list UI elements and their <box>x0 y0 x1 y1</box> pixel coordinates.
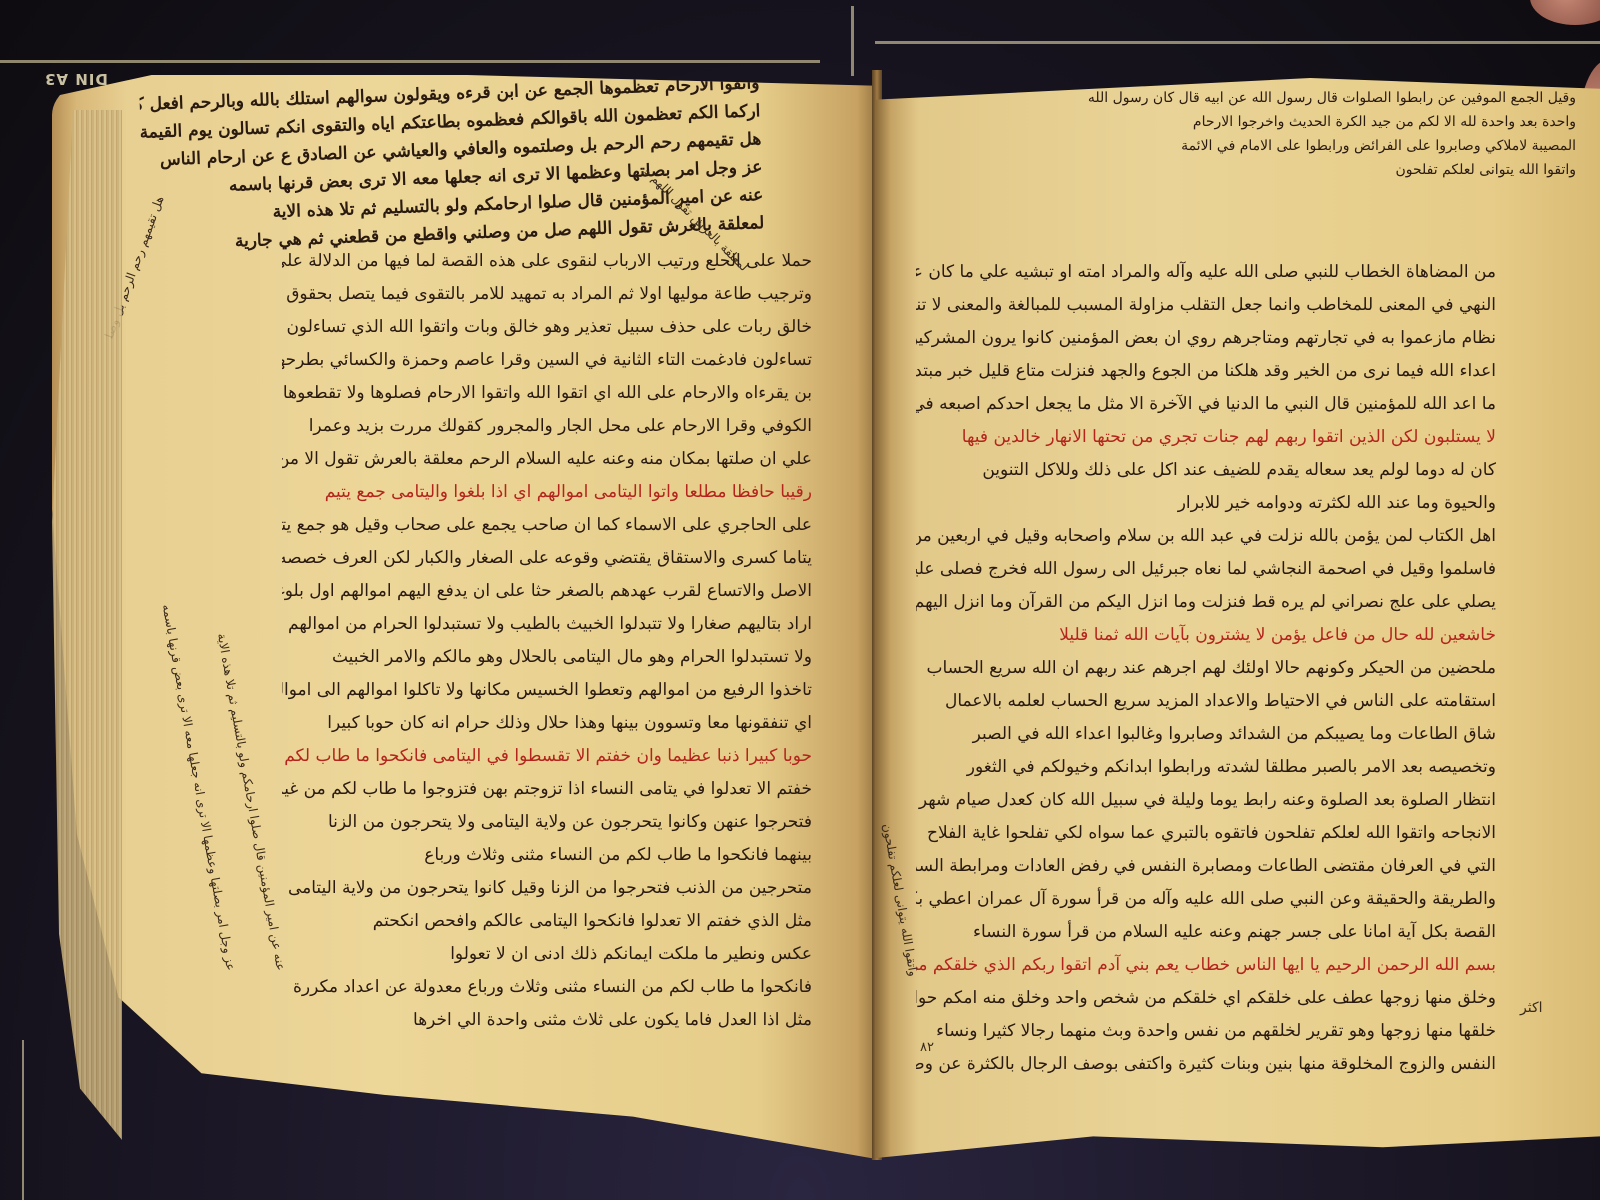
manuscript-line: النفس والزوج المخلوقة منها بنين وبنات كث… <box>916 1048 1496 1081</box>
manuscript-line: علي ان صلتها بمكان منه وعنه عليه السلام … <box>282 443 812 476</box>
manuscript-line: تساءلون فادغمت التاء الثانية في السين وق… <box>282 344 812 377</box>
manuscript-line: بن يقرءاه والارحام على الله اي اتقوا الل… <box>282 377 812 410</box>
manuscript-line: استقامته على الناس في الاحتياط والاعداد … <box>916 685 1496 718</box>
manuscript-line: على الحاجري على الاسماء كما ان صاحب يجمع… <box>282 509 812 542</box>
left-top-commentary: واتقوا الارحام تعظموها الجمع عن ابن قرءه… <box>139 75 764 259</box>
right-page: وقيل الجمع الموفين عن رابطوا الصلوات قال… <box>876 78 1600 1158</box>
right-top-commentary: وقيل الجمع الموفين عن رابطوا الصلوات قال… <box>886 86 1576 182</box>
manuscript-line: اعداء الله فيما نرى من الخير وقد هلكنا م… <box>916 355 1496 388</box>
folio-number: ٨٢ <box>920 1040 934 1055</box>
manuscript-line: اراد بتاليهم صغارا ولا تتبدلوا الخبيث با… <box>282 608 812 641</box>
right-main-text: من المضاهاة الخطاب للنبي صلى الله عليه و… <box>916 256 1496 1081</box>
manuscript-line: بينهما فانكحوا ما طاب لكم من النساء مثنى… <box>282 839 812 872</box>
manuscript-line: وخلق منها زوجها عطف على خلقكم اي خلقكم م… <box>916 982 1496 1015</box>
manuscript-line: خاشعين لله حال من فاعل يؤمن لا يشترون بآ… <box>916 619 1496 652</box>
manuscript-line: فاسلموا وقيل في اصحمة النجاشي لما نعاه ج… <box>916 553 1496 586</box>
manuscript-line: من المضاهاة الخطاب للنبي صلى الله عليه و… <box>916 256 1496 289</box>
board-grid-line <box>851 6 854 76</box>
manuscript-line: فتحرجوا عنهن وكانوا يتحرجون عن ولاية الي… <box>282 806 812 839</box>
manuscript-line: كان له دوما لولم يعد سعاله يقدم للضيف عن… <box>916 454 1496 487</box>
board-grid-line <box>0 60 820 63</box>
manuscript-line: والحيوة وما عند الله لكثرته ودوامه خير ل… <box>916 487 1496 520</box>
board-grid-line <box>22 1040 24 1200</box>
manuscript-line: نظام مازعموا به في تجارتهم ومتاجرهم روي … <box>916 322 1496 355</box>
manuscript-line: خالق ربات على حذف سبيل تعذير وهو خالق وب… <box>282 311 812 344</box>
manuscript-line: يتاما كسرى والاستقاق يقتضي وقوعه على الص… <box>282 542 812 575</box>
manuscript-line: متحرجين من الذنب فتحرجوا من الزنا وقيل ك… <box>282 872 812 905</box>
manuscript-line: يصلي على علج نصراني لم يره قط فنزلت وما … <box>916 586 1496 619</box>
manuscript-line: شاق الطاعات وما يصيبكم من الشدائد وصابرو… <box>916 718 1496 751</box>
manuscript-line: لا يستلبون لكن الذين اتقوا ربهم لهم جنات… <box>916 421 1496 454</box>
manuscript-line: وتخصيصه بعد الامر بالصبر مطلقا لشدته ورا… <box>916 751 1496 784</box>
manuscript-line: تاخذوا الرفيع من اموالهم وتعطوا الخسيس م… <box>282 674 812 707</box>
manuscript-line: الاصل والاتساع لقرب عهدهم بالصغر حثا على… <box>282 575 812 608</box>
manuscript-line: القصة بكل آية امانا على جسر جهنم وعنه عل… <box>916 916 1496 949</box>
manuscript-line: واحدة بعد واحدة لله الا لكم من جيد الكرة… <box>886 110 1576 134</box>
left-main-text: حملا على الحلع ورتيب الارباب لنقوى على ه… <box>282 245 812 1037</box>
manuscript-line: عكس ونطير ما ملكت ايمانكم ذلك ادنى ان لا… <box>282 938 812 971</box>
manuscript-line: المصيبة لاملاكي وصابروا على الفرائض وراب… <box>886 134 1576 158</box>
manuscript-line: حوبا كبيرا ذنبا عظيما وان خفتم الا تقسطو… <box>282 740 812 773</box>
manuscript-line: ما اعد الله للمؤمنين قال النبي ما الدنيا… <box>916 388 1496 421</box>
manuscript-line: الكوفي وقرا الارحام على محل الجار والمجر… <box>282 410 812 443</box>
manuscript-line: ولا تستبدلوا الحرام وهو مال اليتامى بالح… <box>282 641 812 674</box>
manuscript-line: مثل اذا العدل فاما يكون على ثلاث مثنى وا… <box>282 1004 812 1037</box>
manuscript-line: اهل الكتاب لمن يؤمن بالله نزلت في عبد ال… <box>916 520 1496 553</box>
manuscript-line: خفتم الا تعدلوا في يتامى النساء اذا تزوج… <box>282 773 812 806</box>
manuscript-line: الانجاحه واتقوا الله لعلكم تفلحون فاتقوه… <box>916 817 1496 850</box>
manuscript-line: اي تنفقونها معا وتسوون بينها وهذا حلال و… <box>282 707 812 740</box>
manuscript-line: واتقوا الله يتوانى لعلكم تفلحون <box>886 158 1576 182</box>
manuscript-line: بسم الله الرحمن الرحيم يا ايها الناس خطا… <box>916 949 1496 982</box>
board-label: DIN A3 <box>44 70 108 88</box>
manuscript-line: التي في العرفان مقتضى الطاعات ومصابرة ال… <box>916 850 1496 883</box>
manuscript-line: فانكحوا ما طاب لكم من النساء مثنى وثلاث … <box>282 971 812 1004</box>
manuscript-line: رقيبا حافظا مطلعا واتوا اليتامى اموالهم … <box>282 476 812 509</box>
margin-note: واتقوا الله يتوانى لعلكم تفلحون <box>876 778 921 977</box>
manuscript-line: والطريقة والحقيقة وعن النبي صلى الله علي… <box>916 883 1496 916</box>
manuscript-line: ملحضين من الحيكر وكونهم حالا اولئك لهم ا… <box>916 652 1496 685</box>
left-page: واتقوا الارحام تعظموها الجمع عن ابن قرءه… <box>52 75 882 1160</box>
manuscript-line: وترجيب طاعة موليها اولا ثم المراد به تمه… <box>282 278 812 311</box>
manuscript-line: النهي في المعنى للمخاطب وانما جعل التقلب… <box>916 289 1496 322</box>
manuscript-line: انتظار الصلوة بعد الصلوة وعنه رابط يوما … <box>916 784 1496 817</box>
manuscript-line: خلقها منها زوجها وهو تقرير لخلقهم من نفس… <box>916 1015 1496 1048</box>
catchword: اكثر <box>1520 1000 1543 1016</box>
manuscript-line: مثل الذي خفتم الا تعدلوا فانكحوا اليتامى… <box>282 905 812 938</box>
board-grid-line <box>875 41 1600 44</box>
